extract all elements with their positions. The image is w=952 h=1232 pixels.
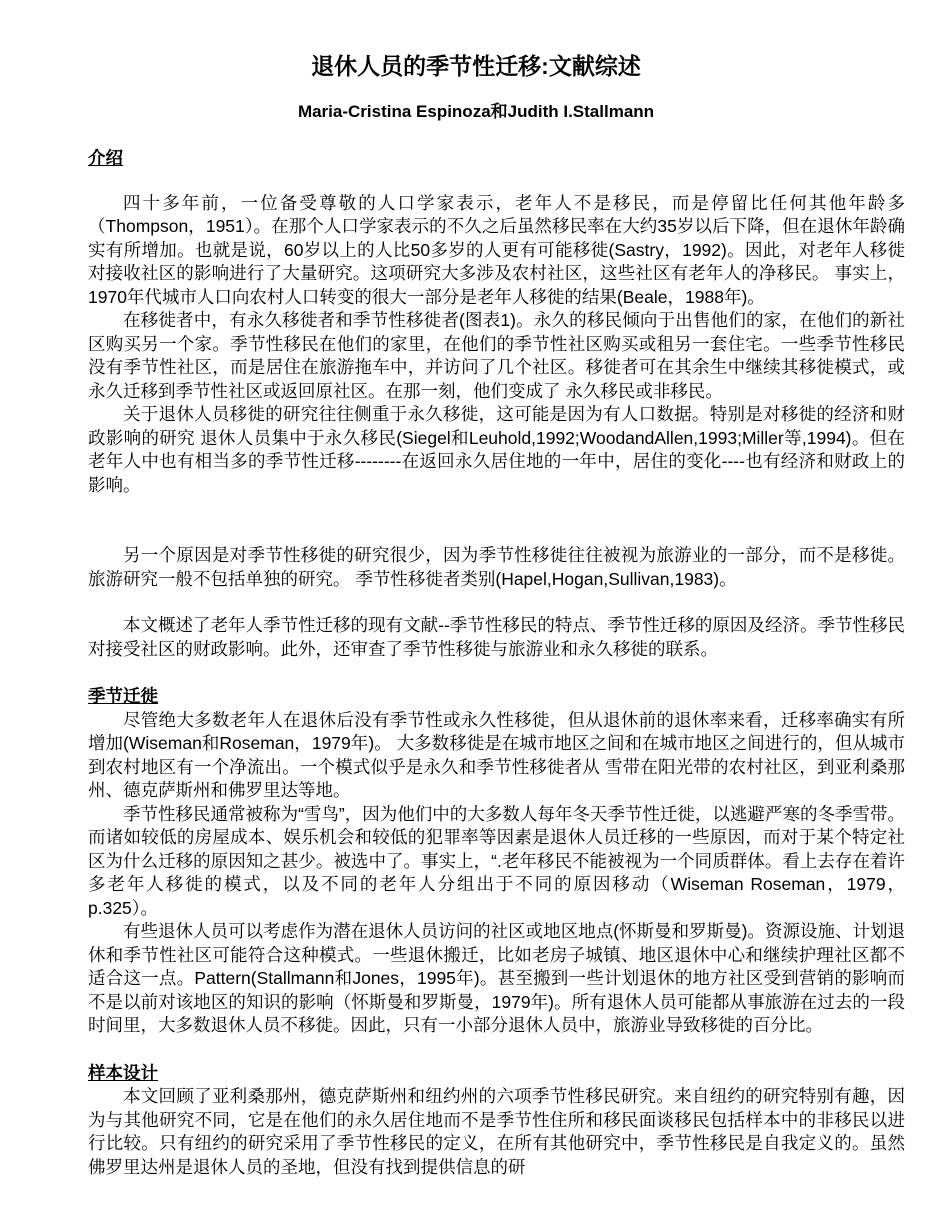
section-heading-introduction: 介绍	[88, 147, 905, 171]
document-header: 退休人员的季节性迁移:文献综述 Maria-Cristina Espinoza和…	[0, 50, 952, 123]
paragraph-sample-design-1: 本文回顾了亚利桑那州，德克萨斯州和纽约州的六项季节性移民研究。来自纽约的研究特别…	[88, 1085, 905, 1179]
section-heading-seasonal-migration: 季节迁徙	[88, 685, 905, 709]
section-heading-sample-design: 样本设计	[88, 1062, 905, 1086]
document-title: 退休人员的季节性迁移:文献综述	[0, 50, 952, 82]
paragraph-introduction-3: 关于退休人员移徙的研究往往侧重于永久移徙，这可能是因为有人口数据。特别是对移徙的…	[88, 403, 905, 497]
paragraph-introduction-1: 四十多年前，一位备受尊敬的人口学家表示，老年人不是移民，而是停留比任何其他年龄多…	[88, 192, 905, 310]
paragraph-seasonal-migration-2: 季节性移民通常被称为“雪鸟”，因为他们中的大多数人每年冬天季节性迁徙，以逃避严寒…	[88, 803, 905, 921]
paragraph-seasonal-migration-3: 有些退休人员可以考虑作为潜在退休人员访问的社区或地区地点(怀斯曼和罗斯曼)。资源…	[88, 920, 905, 1038]
paragraph-introduction-5: 本文概述了老年人季节性迁移的现有文献--季节性移民的特点、季节性迁移的原因及经济…	[88, 614, 905, 661]
document-byline: Maria-Cristina Espinoza和Judith I.Stallma…	[0, 101, 952, 123]
paragraph-introduction-4: 另一个原因是对季节性移徙的研究很少，因为季节性移徙往往被视为旅游业的一部分，而不…	[88, 544, 905, 591]
paragraph-introduction-2: 在移徙者中，有永久移徙者和季节性移徙者(图表1)。永久的移民倾向于出售他们的家，…	[88, 309, 905, 403]
paragraph-seasonal-migration-1: 尽管绝大多数老年人在退休后没有季节性或永久性移徙，但从退休前的退休率来看，迁移率…	[88, 709, 905, 803]
document-page: 退休人员的季节性迁移:文献综述 Maria-Cristina Espinoza和…	[0, 0, 952, 1232]
